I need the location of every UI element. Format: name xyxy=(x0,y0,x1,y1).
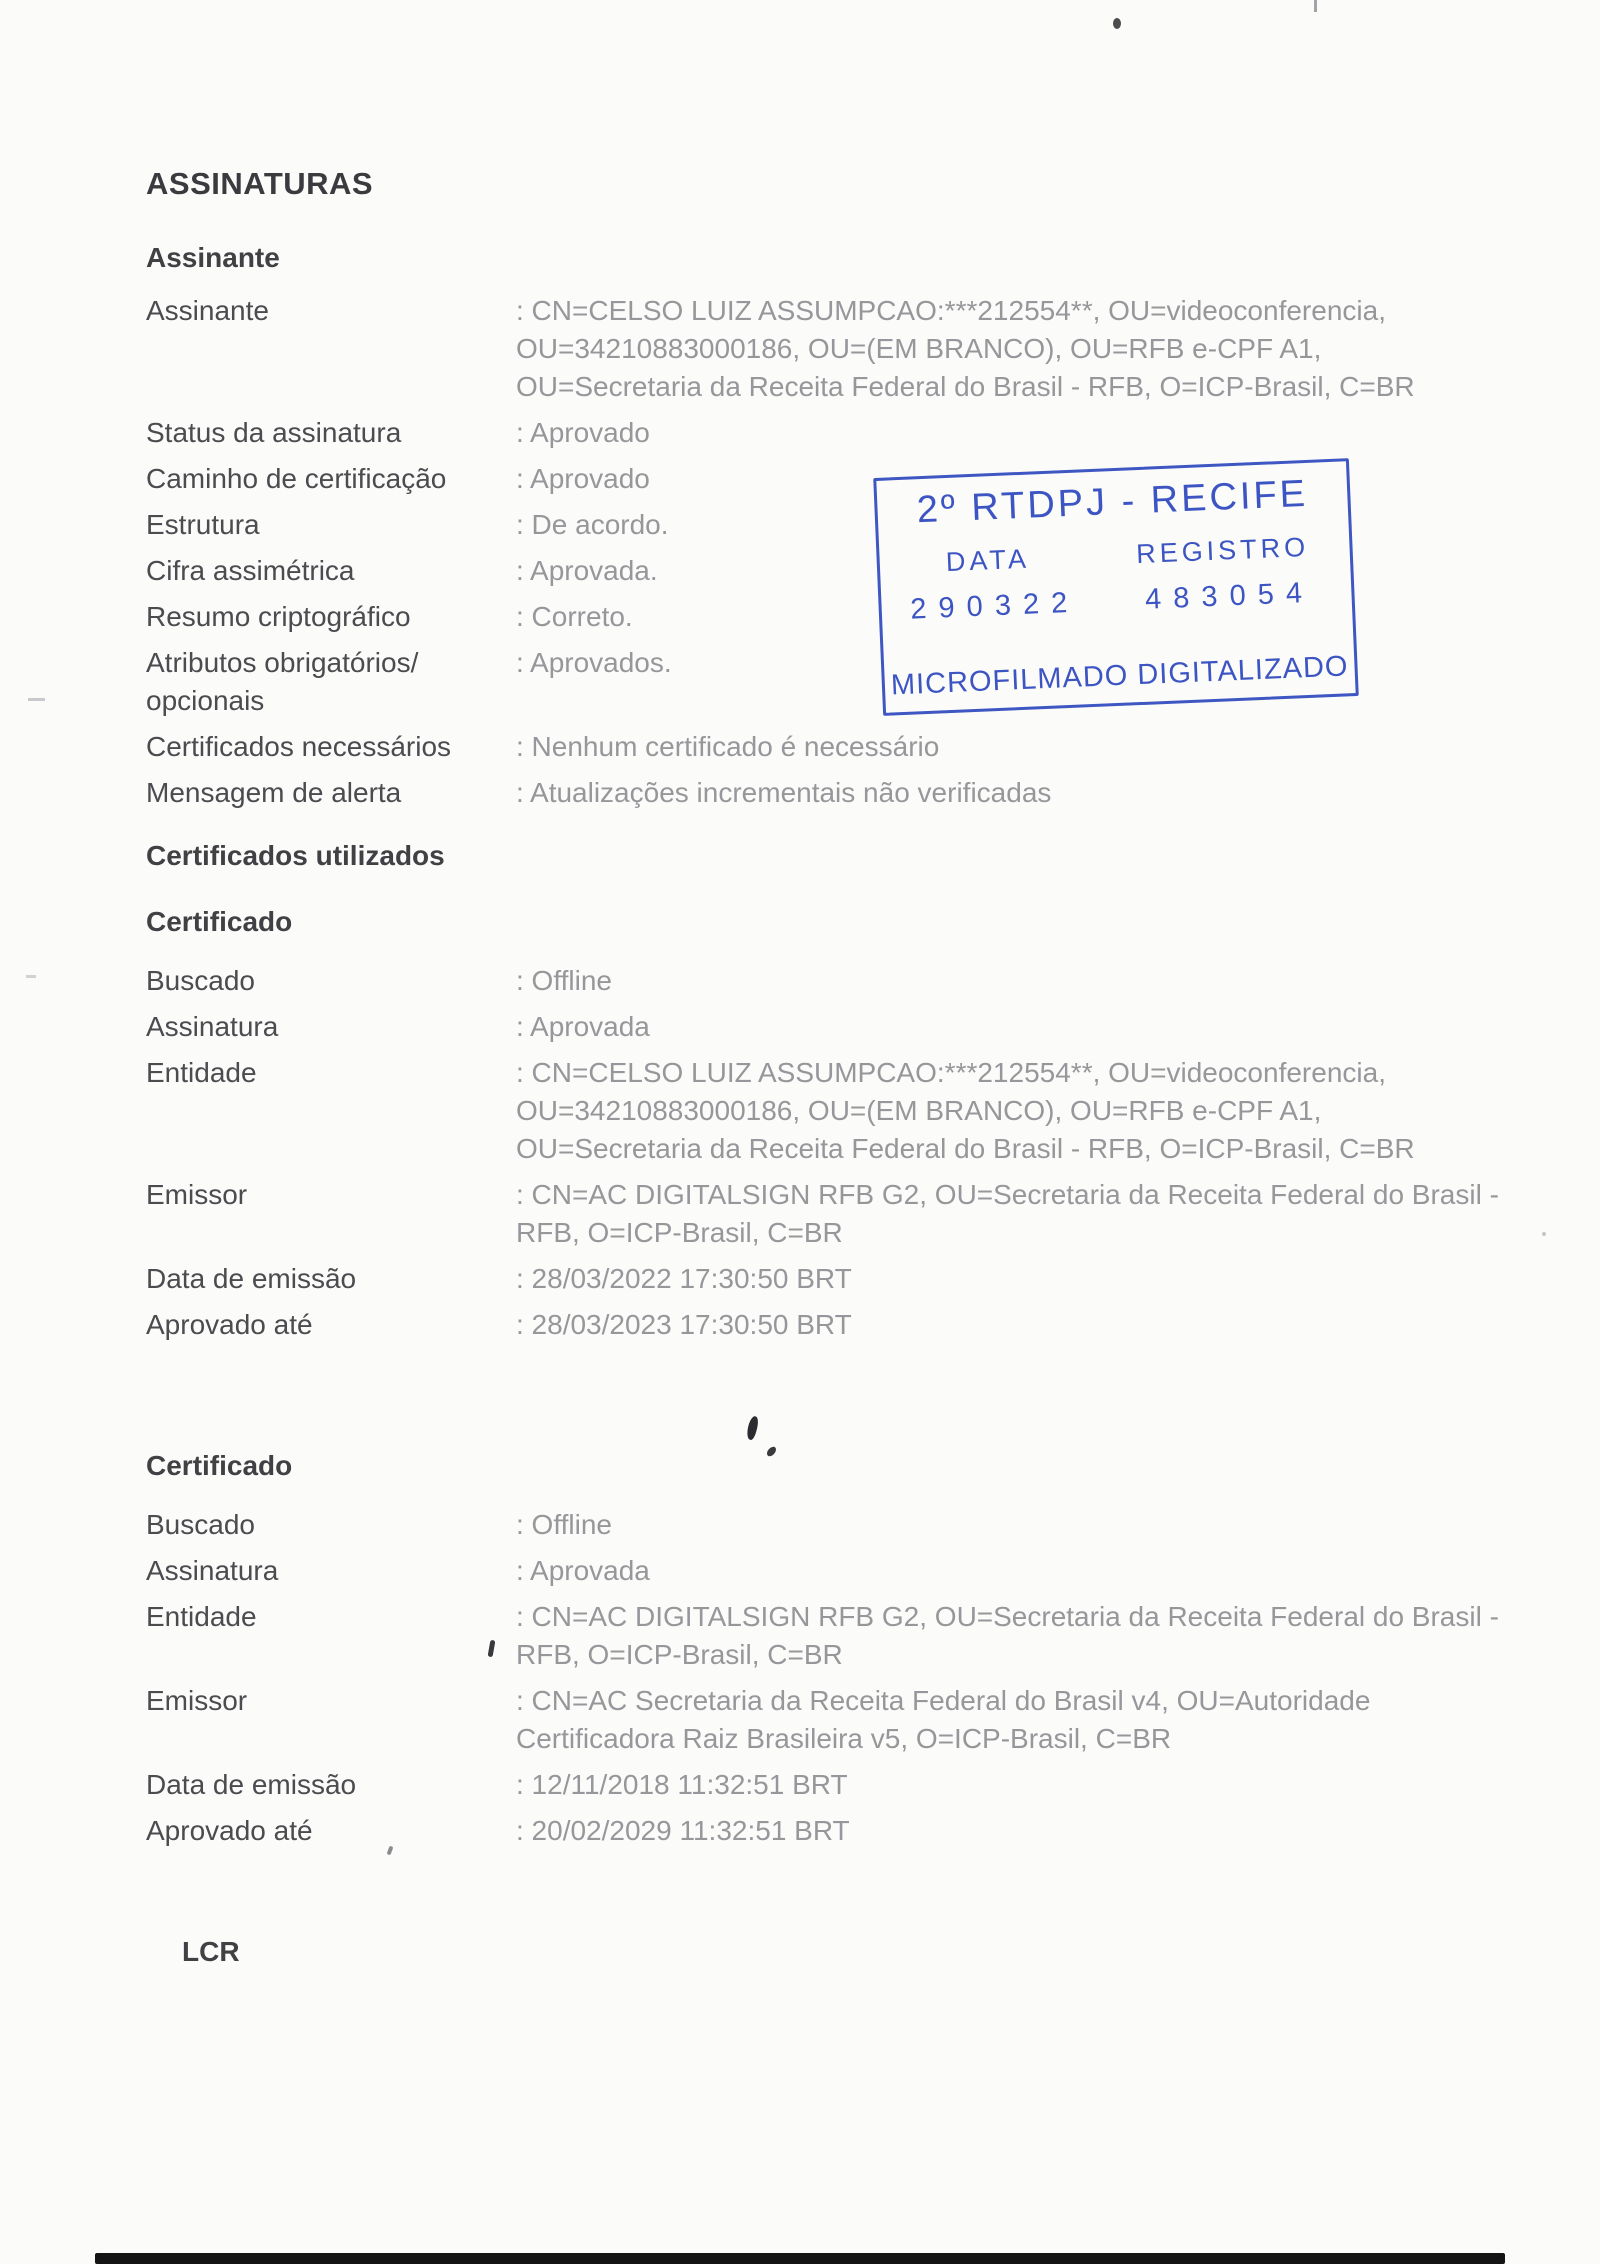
field-value: : CN=AC DIGITALSIGN RFB G2, OU=Secretari… xyxy=(516,1176,1501,1252)
signer-section-heading: Assinante xyxy=(146,242,1510,274)
field-value: : Aprovada xyxy=(516,1552,1501,1590)
document-content: ASSINATURAS Assinante Assinante : CN=CEL… xyxy=(146,166,1510,1991)
field-row: Emissor : CN=AC DIGITALSIGN RFB G2, OU=S… xyxy=(146,1176,1510,1252)
field-row: Data de emissão : 12/11/2018 11:32:51 BR… xyxy=(146,1766,1510,1804)
margin-mark-artifact xyxy=(28,698,45,701)
field-label: Entidade xyxy=(146,1598,516,1674)
field-label: Aprovado até xyxy=(146,1306,516,1344)
scan-dash-artifact xyxy=(1314,0,1317,12)
field-label: Mensagem de alerta xyxy=(146,774,516,812)
stamp-registry-label: REGISTRO xyxy=(1095,530,1350,572)
field-row: Emissor : CN=AC Secretaria da Receita Fe… xyxy=(146,1682,1510,1758)
field-row: Aprovado até : 20/02/2029 11:32:51 BRT xyxy=(146,1812,1510,1850)
field-row: Mensagem de alerta : Atualizações increm… xyxy=(146,774,1510,812)
field-value: : Atualizações incrementais não verifica… xyxy=(516,774,1501,812)
field-label: Atributos obrigatórios/ opcionais xyxy=(146,644,516,720)
stamp-labels-row: DATA REGISTRO xyxy=(879,530,1350,581)
field-value: : 20/02/2029 11:32:51 BRT xyxy=(516,1812,1501,1850)
field-row: Assinatura : Aprovada xyxy=(146,1552,1510,1590)
field-value: : 12/11/2018 11:32:51 BRT xyxy=(516,1766,1501,1804)
field-value: : 28/03/2022 17:30:50 BRT xyxy=(516,1260,1501,1298)
field-label: Status da assinatura xyxy=(146,414,516,452)
field-label: Assinatura xyxy=(146,1552,516,1590)
field-value: : CN=CELSO LUIZ ASSUMPCAO:***212554**, O… xyxy=(516,1054,1501,1168)
field-row: Entidade : CN=AC DIGITALSIGN RFB G2, OU=… xyxy=(146,1598,1510,1674)
certificate-heading: Certificado xyxy=(146,1450,1510,1482)
field-row: Assinatura : Aprovada xyxy=(146,1008,1510,1046)
field-row: Certificados necessários : Nenhum certif… xyxy=(146,728,1510,766)
field-label: Certificados necessários xyxy=(146,728,516,766)
field-row: Aprovado até : 28/03/2023 17:30:50 BRT xyxy=(146,1306,1510,1344)
field-value: : CN=CELSO LUIZ ASSUMPCAO:***212554**, O… xyxy=(516,292,1501,406)
field-label: Emissor xyxy=(146,1682,516,1758)
field-value: : CN=AC DIGITALSIGN RFB G2, OU=Secretari… xyxy=(516,1598,1501,1674)
stamp-registry-value: 4 8 3 0 5 4 xyxy=(1097,575,1352,619)
field-row: Entidade : CN=CELSO LUIZ ASSUMPCAO:***21… xyxy=(146,1054,1510,1168)
ink-dot-artifact xyxy=(1113,18,1121,29)
field-label: Buscado xyxy=(146,962,516,1000)
scanned-document-page: ASSINATURAS Assinante Assinante : CN=CEL… xyxy=(0,0,1600,2264)
lcr-section-heading: LCR xyxy=(182,1936,1510,1968)
scan-edge-bar-artifact xyxy=(95,2253,1505,2264)
field-label: Data de emissão xyxy=(146,1260,516,1298)
field-label: Cifra assimétrica xyxy=(146,552,516,590)
stamp-date-value: 2 9 0 3 2 2 xyxy=(881,586,1098,628)
registry-stamp: 2º RTDPJ - RECIFE DATA REGISTRO 2 9 0 3 … xyxy=(873,458,1359,716)
stamp-footer: MICROFILMADO DIGITALIZADO xyxy=(884,650,1355,703)
field-label: Emissor xyxy=(146,1176,516,1252)
field-label: Resumo criptográfico xyxy=(146,598,516,636)
field-label: Estrutura xyxy=(146,506,516,544)
field-row: Buscado : Offline xyxy=(146,962,1510,1000)
stamp-title: 2º RTDPJ - RECIFE xyxy=(877,471,1348,534)
field-value: : Offline xyxy=(516,1506,1501,1544)
field-label: Buscado xyxy=(146,1506,516,1544)
field-label: Assinante xyxy=(146,292,516,406)
field-label: Assinatura xyxy=(146,1008,516,1046)
margin-mark-artifact xyxy=(26,975,36,978)
certificate-block: Certificado Buscado : Offline Assinatura… xyxy=(146,1450,1510,1850)
field-value: : 28/03/2023 17:30:50 BRT xyxy=(516,1306,1501,1344)
field-value: : Nenhum certificado é necessário xyxy=(516,728,1501,766)
field-label: Data de emissão xyxy=(146,1766,516,1804)
certificates-used-heading: Certificados utilizados xyxy=(146,840,1510,872)
field-value: : Offline xyxy=(516,962,1501,1000)
stamp-date-label: DATA xyxy=(879,541,1096,581)
field-row: Data de emissão : 28/03/2022 17:30:50 BR… xyxy=(146,1260,1510,1298)
field-label: Entidade xyxy=(146,1054,516,1168)
field-row: Buscado : Offline xyxy=(146,1506,1510,1544)
field-value: : CN=AC Secretaria da Receita Federal do… xyxy=(516,1682,1501,1758)
margin-mark-artifact xyxy=(1542,1232,1546,1236)
field-row: Assinante : CN=CELSO LUIZ ASSUMPCAO:***2… xyxy=(146,292,1510,406)
field-label: Caminho de certificação xyxy=(146,460,516,498)
field-value: : Aprovada xyxy=(516,1008,1501,1046)
field-label: Aprovado até xyxy=(146,1812,516,1850)
field-row: Status da assinatura : Aprovado xyxy=(146,414,1510,452)
stamp-values-row: 2 9 0 3 2 2 4 8 3 0 5 4 xyxy=(881,575,1352,628)
page-title: ASSINATURAS xyxy=(146,166,1510,202)
certificate-heading: Certificado xyxy=(146,906,1510,938)
certificate-block: Certificado Buscado : Offline Assinatura… xyxy=(146,906,1510,1344)
field-value: : Aprovado xyxy=(516,414,1501,452)
